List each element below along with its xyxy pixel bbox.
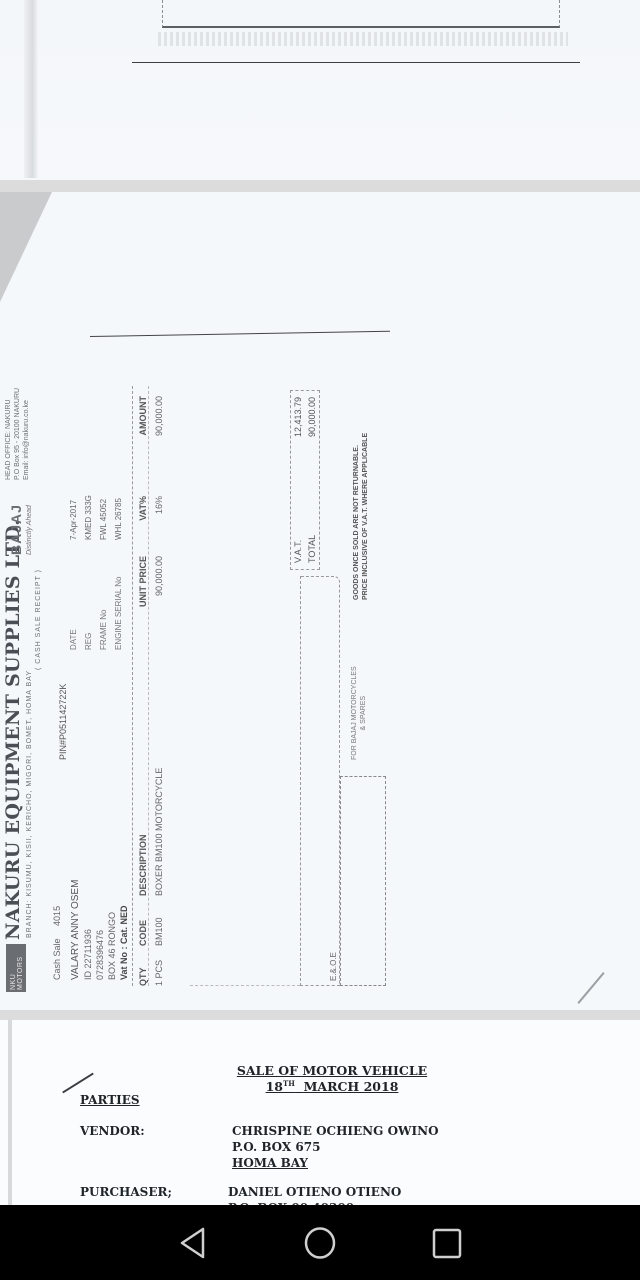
pin-number: PIN#P051142722K — [58, 684, 68, 760]
customer-phone: 0728396476 — [94, 880, 106, 980]
customer-box: BOX 46 RONGO — [106, 880, 118, 980]
head-office-address: HEAD OFFICE: NAKURU P.O Box 95 - 20100 N… — [4, 388, 31, 480]
total-value: 90,000.00 — [307, 397, 317, 437]
meta-row: DATE 7-Apr-2017 — [66, 400, 81, 650]
cell-qty: 1 PCS — [154, 946, 164, 986]
android-nav-bar — [0, 1205, 640, 1280]
cell-description: BOXER BM100 MOTORCYCLE — [154, 666, 164, 896]
vendor-label: VENDOR: — [80, 1124, 145, 1138]
meta-label: FRAME No — [99, 540, 108, 650]
total-row: TOTAL 90,000.00 — [305, 391, 319, 569]
meta-value: WHL 26785 — [114, 498, 123, 540]
cell-code: BM100 — [154, 896, 164, 946]
page-gap — [0, 1010, 640, 1020]
agreement-date: 18TH MARCH 2018 — [0, 1079, 640, 1094]
vat-value: 12,413.79 — [293, 397, 303, 437]
back-triangle-icon — [178, 1226, 208, 1260]
agreement-title: SALE OF MOTOR VEHICLE — [0, 1063, 640, 1078]
totals-box: V.A.T. 12,413.79 TOTAL 90,000.00 — [290, 390, 320, 570]
vehicle-meta: DATE 7-Apr-2017 REG KMED 333G FRAME No F… — [66, 400, 126, 650]
meta-value: KMED 333G — [84, 495, 93, 540]
customer-block: VALARY ANNY OSEM ID 22711936 0728396476 … — [70, 880, 130, 980]
col-amount: AMOUNT — [138, 396, 148, 496]
page-edge-shadow — [24, 0, 38, 178]
scan-artifact-line — [90, 331, 390, 337]
brand-logo: BAJAJ — [8, 504, 24, 555]
recents-square-icon — [431, 1227, 463, 1259]
eoe-box: E.&.O.E — [300, 576, 340, 986]
page-edge-shadow — [8, 1020, 12, 1205]
purchaser-name: DANIEL OTIENO OTIENO — [228, 1184, 401, 1200]
table-body-area — [190, 386, 300, 986]
customer-id: ID 22711936 — [82, 880, 94, 980]
cell-vat-percent: 16% — [154, 496, 164, 556]
company-name: NAKURU EQUIPMENT SUPPLIES LTD. — [2, 519, 24, 940]
for-bajaj-label: FOR BAJAJ MOTORCYCLES & SPARES — [350, 666, 368, 760]
vendor-box: P.O. BOX 675 — [232, 1139, 439, 1155]
col-description: DESCRIPTION — [138, 666, 148, 896]
cell-unit-price: 90,000.00 — [154, 556, 164, 666]
scan-artifact-mark — [577, 972, 604, 1004]
meta-row: ENGINE SERIAL No WHL 26785 — [111, 400, 126, 650]
total-row: V.A.T. 12,413.79 — [291, 391, 305, 569]
customer-vat: Vat No : Cat. NED — [118, 880, 130, 980]
branch-list: BRANCH: KISUMU, KISII, KERICHO, MIGORI, … — [26, 670, 33, 938]
meta-value: 7-Apr-2017 — [69, 500, 78, 540]
meta-label: DATE — [69, 540, 78, 650]
home-circle-icon — [303, 1226, 337, 1260]
meta-row: FRAME No FWL 45052 — [96, 400, 111, 650]
receipt-header: NKU MOTORS NAKURU EQUIPMENT SUPPLIES LTD… — [0, 380, 48, 1000]
signature-box — [340, 776, 386, 986]
sale-agreement-page: SALE OF MOTOR VEHICLE 18TH MARCH 2018 PA… — [0, 1020, 640, 1205]
cash-sale-number: 4015 — [52, 906, 62, 926]
meta-label: ENGINE SERIAL No — [114, 540, 123, 650]
home-button[interactable] — [300, 1223, 340, 1263]
folded-corner — [0, 192, 52, 302]
col-qty: QTY — [138, 946, 148, 986]
recents-button[interactable] — [427, 1223, 467, 1263]
page-gap — [0, 180, 640, 192]
cash-sale-label: ( CASH SALE RECEIPT ) — [35, 569, 42, 670]
table-row: 1 PCS BM100 BOXER BM100 MOTORCYCLE 90,00… — [149, 386, 169, 986]
vendor-town: HOMA BAY — [232, 1155, 439, 1171]
meta-row: REG KMED 333G — [81, 400, 96, 650]
goods-not-returnable-note: GOODS ONCE SOLD ARE NOT RETURNABLE. PRIC… — [352, 433, 370, 600]
faint-scanned-text — [158, 32, 568, 46]
vendor-details: CHRISPINE OCHIENG OWINO P.O. BOX 675 HOM… — [232, 1123, 439, 1171]
vat-label: V.A.T. — [293, 540, 303, 563]
col-unit-price: UNIT PRICE — [138, 556, 148, 666]
meta-label: REG — [84, 540, 93, 650]
brand-tagline: Distinctly Ahead — [26, 505, 33, 555]
cash-sale-number-row: Cash Sale 4015 — [52, 896, 62, 980]
eoe-label: E.&.O.E — [329, 952, 338, 981]
horizontal-rule — [132, 62, 580, 63]
col-code: CODE — [138, 896, 148, 946]
date-month-year: MARCH 2018 — [304, 1079, 399, 1094]
table-header: QTY CODE DESCRIPTION UNIT PRICE VAT% AMO… — [133, 386, 149, 986]
scanned-page-1 — [0, 0, 640, 180]
date-suffix: TH — [283, 1079, 295, 1088]
cell-amount: 90,000.00 — [154, 396, 164, 496]
col-vat-percent: VAT% — [138, 496, 148, 556]
date-day: 18 — [266, 1079, 283, 1094]
customer-name: VALARY ANNY OSEM — [70, 880, 82, 980]
vendor-name: CHRISPINE OCHIENG OWINO — [232, 1123, 439, 1139]
total-label: TOTAL — [307, 535, 317, 563]
cash-sale-label: Cash Sale — [52, 938, 62, 980]
dealer-badge: NKU MOTORS — [6, 944, 26, 992]
ruled-box — [162, 0, 560, 28]
parties-heading: PARTIES — [80, 1093, 140, 1107]
items-table: QTY CODE DESCRIPTION UNIT PRICE VAT% AMO… — [132, 386, 169, 986]
purchaser-label: PURCHASER; — [80, 1185, 172, 1199]
back-button[interactable] — [173, 1223, 213, 1263]
cash-sale-receipt: NKU MOTORS NAKURU EQUIPMENT SUPPLIES LTD… — [0, 380, 400, 1000]
meta-value: FWL 45052 — [99, 499, 108, 540]
